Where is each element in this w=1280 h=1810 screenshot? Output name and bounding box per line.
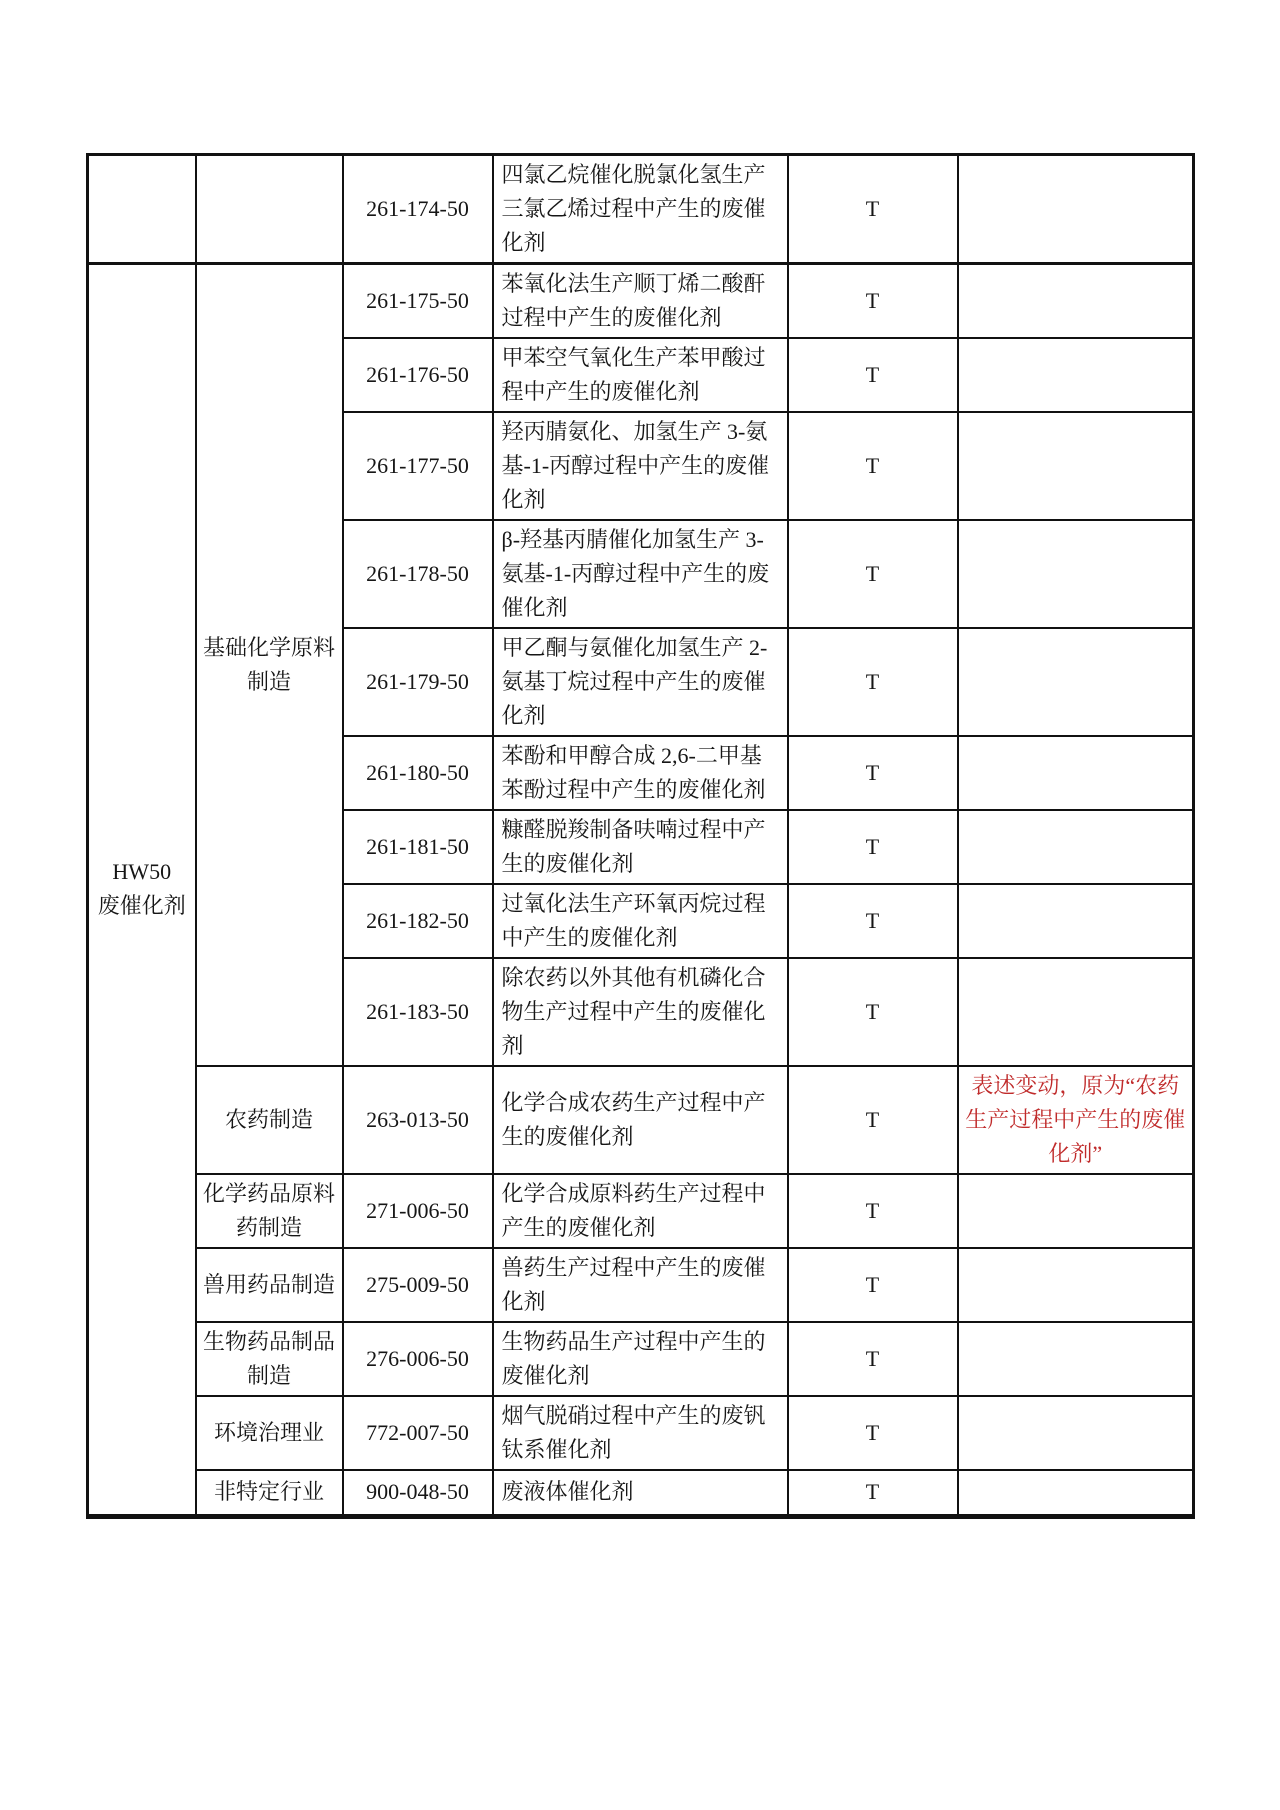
remark-cell	[958, 1248, 1194, 1322]
waste-description-cell: 糠醛脱羧制备呋喃过程中产生的废催化剂	[493, 810, 788, 884]
waste-code-cell: 772-007-50	[343, 1396, 493, 1470]
waste-code-cell: 261-181-50	[343, 810, 493, 884]
hazard-property-cell: T	[788, 1470, 958, 1516]
waste-catalog-table: 261-174-50 四氯乙烷催化脱氯化氢生产三氯乙烯过程中产生的废催化剂 T …	[86, 153, 1195, 1519]
hazard-property-cell: T	[788, 155, 958, 264]
hazard-property-cell: T	[788, 884, 958, 958]
industry-cell: 兽用药品制造	[196, 1248, 343, 1322]
industry-cell: 基础化学原料制造	[196, 264, 343, 1067]
hazard-property-cell: T	[788, 810, 958, 884]
waste-code-cell: 261-176-50	[343, 338, 493, 412]
catalog-row: 兽用药品制造 275-009-50 兽药生产过程中产生的废催化剂 T	[88, 1248, 1194, 1322]
remark-cell: 表述变动，原为“农药生产过程中产生的废催化剂”	[958, 1066, 1194, 1174]
waste-description-cell: 四氯乙烷催化脱氯化氢生产三氯乙烯过程中产生的废催化剂	[493, 155, 788, 264]
remark-cell	[958, 1396, 1194, 1470]
waste-code-cell: 271-006-50	[343, 1174, 493, 1248]
hazard-property-cell: T	[788, 1248, 958, 1322]
hw-category-cell: HW50 废催化剂	[88, 264, 196, 1517]
hazard-property-cell: T	[788, 958, 958, 1066]
waste-description-cell: 化学合成原料药生产过程中产生的废催化剂	[493, 1174, 788, 1248]
waste-code-cell: 263-013-50	[343, 1066, 493, 1174]
waste-code-cell: 261-177-50	[343, 412, 493, 520]
catalog-row: HW50 废催化剂 基础化学原料制造 261-175-50 苯氧化法生产顺丁烯二…	[88, 264, 1194, 339]
hazard-property-cell: T	[788, 628, 958, 736]
remark-cell	[958, 412, 1194, 520]
waste-description-cell: 除农药以外其他有机磷化合物生产过程中产生的废催化剂	[493, 958, 788, 1066]
waste-description-cell: β-羟基丙腈催化加氢生产 3-氨基-1-丙醇过程中产生的废催化剂	[493, 520, 788, 628]
remark-cell	[958, 736, 1194, 810]
waste-description-cell: 烟气脱硝过程中产生的废钒钛系催化剂	[493, 1396, 788, 1470]
remark-cell	[958, 155, 1194, 264]
catalog-row: 非特定行业 900-048-50 废液体催化剂 T	[88, 1470, 1194, 1516]
waste-code-cell: 275-009-50	[343, 1248, 493, 1322]
hazard-property-cell: T	[788, 264, 958, 339]
waste-code-cell: 261-182-50	[343, 884, 493, 958]
remark-cell	[958, 338, 1194, 412]
waste-description-cell: 羟丙腈氨化、加氢生产 3-氨基-1-丙醇过程中产生的废催化剂	[493, 412, 788, 520]
remark-cell	[958, 1470, 1194, 1516]
waste-description-cell: 生物药品生产过程中产生的废催化剂	[493, 1322, 788, 1396]
waste-description-cell: 化学合成农药生产过程中产生的废催化剂	[493, 1066, 788, 1174]
hw-code-empty-cell	[88, 155, 196, 264]
remark-cell	[958, 958, 1194, 1066]
hazard-property-cell: T	[788, 520, 958, 628]
industry-cell: 农药制造	[196, 1066, 343, 1174]
waste-code-cell: 261-183-50	[343, 958, 493, 1066]
document-page: 261-174-50 四氯乙烷催化脱氯化氢生产三氯乙烯过程中产生的废催化剂 T …	[0, 0, 1280, 1810]
waste-description-cell: 甲苯空气氧化生产苯甲酸过程中产生的废催化剂	[493, 338, 788, 412]
waste-description-cell: 兽药生产过程中产生的废催化剂	[493, 1248, 788, 1322]
remark-cell	[958, 520, 1194, 628]
waste-code-cell: 261-180-50	[343, 736, 493, 810]
hw-name-label: 废催化剂	[94, 889, 190, 923]
industry-cell: 环境治理业	[196, 1396, 343, 1470]
catalog-row: 农药制造 263-013-50 化学合成农药生产过程中产生的废催化剂 T 表述变…	[88, 1066, 1194, 1174]
catalog-row: 化学药品原料药制造 271-006-50 化学合成原料药生产过程中产生的废催化剂…	[88, 1174, 1194, 1248]
catalog-row: 环境治理业 772-007-50 烟气脱硝过程中产生的废钒钛系催化剂 T	[88, 1396, 1194, 1470]
hazard-property-cell: T	[788, 412, 958, 520]
hazard-property-cell: T	[788, 1396, 958, 1470]
remark-cell	[958, 264, 1194, 339]
industry-cell: 生物药品制品制造	[196, 1322, 343, 1396]
remark-cell	[958, 884, 1194, 958]
waste-description-cell: 废液体催化剂	[493, 1470, 788, 1516]
catalog-row: 261-174-50 四氯乙烷催化脱氯化氢生产三氯乙烯过程中产生的废催化剂 T	[88, 155, 1194, 264]
remark-cell	[958, 810, 1194, 884]
hazard-property-cell: T	[788, 736, 958, 810]
waste-description-cell: 甲乙酮与氨催化加氢生产 2-氨基丁烷过程中产生的废催化剂	[493, 628, 788, 736]
waste-code-cell: 261-174-50	[343, 155, 493, 264]
hazard-property-cell: T	[788, 1174, 958, 1248]
hw-code-label: HW50	[94, 855, 190, 889]
industry-empty-cell	[196, 155, 343, 264]
remark-cell	[958, 1322, 1194, 1396]
remark-cell	[958, 1174, 1194, 1248]
remark-cell	[958, 628, 1194, 736]
hazard-property-cell: T	[788, 1066, 958, 1174]
waste-code-cell: 276-006-50	[343, 1322, 493, 1396]
industry-cell: 非特定行业	[196, 1470, 343, 1516]
waste-description-cell: 过氧化法生产环氧丙烷过程中产生的废催化剂	[493, 884, 788, 958]
waste-description-cell: 苯酚和甲醇合成 2,6-二甲基苯酚过程中产生的废催化剂	[493, 736, 788, 810]
hazard-property-cell: T	[788, 1322, 958, 1396]
hazard-property-cell: T	[788, 338, 958, 412]
waste-description-cell: 苯氧化法生产顺丁烯二酸酐过程中产生的废催化剂	[493, 264, 788, 339]
waste-code-cell: 261-179-50	[343, 628, 493, 736]
industry-cell: 化学药品原料药制造	[196, 1174, 343, 1248]
waste-code-cell: 261-175-50	[343, 264, 493, 339]
catalog-row: 生物药品制品制造 276-006-50 生物药品生产过程中产生的废催化剂 T	[88, 1322, 1194, 1396]
waste-code-cell: 261-178-50	[343, 520, 493, 628]
waste-code-cell: 900-048-50	[343, 1470, 493, 1516]
